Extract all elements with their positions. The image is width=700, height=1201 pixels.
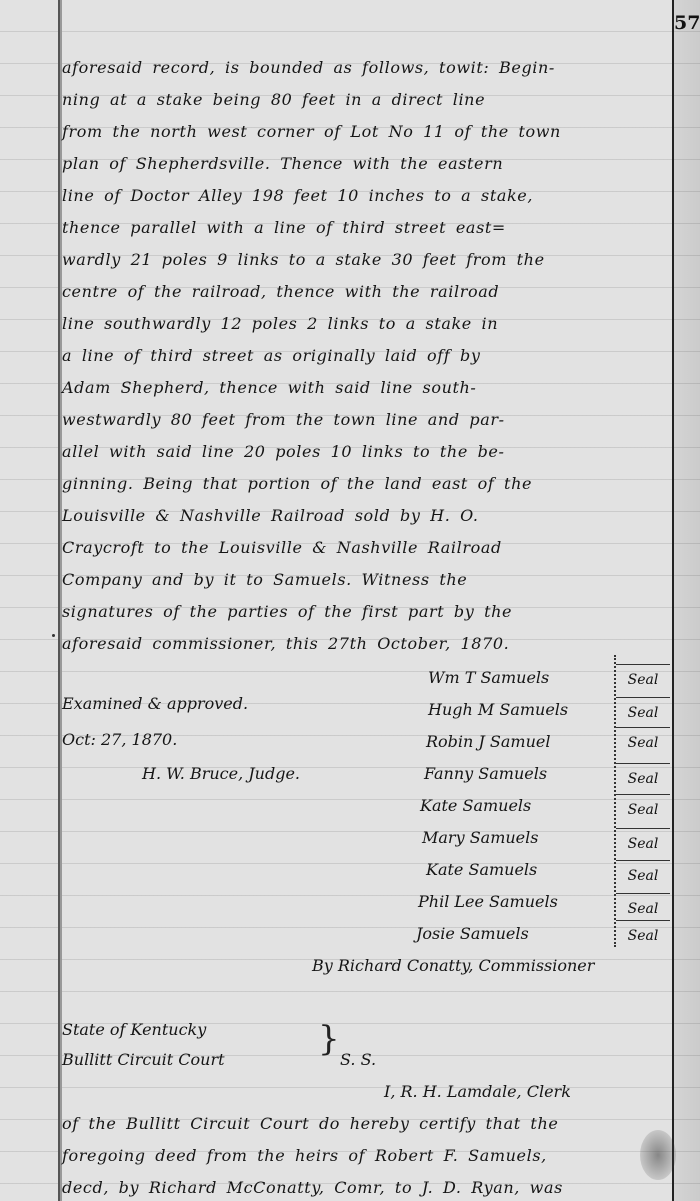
right-margin-rule (672, 0, 674, 1201)
deed-line: line southwardly 12 poles 2 links to a s… (62, 314, 670, 333)
signatory-name: Josie Samuels (416, 924, 529, 943)
deed-line: Louisville & Nashville Railroad sold by … (62, 506, 670, 525)
commissioner-signature: By Richard Conatty, Commissioner (312, 956, 594, 975)
certificate-line: of the Bullitt Circuit Court do hereby c… (62, 1114, 670, 1133)
deed-line: allel with said line 20 poles 10 links t… (62, 442, 670, 461)
signatory-name: Mary Samuels (422, 828, 538, 847)
certificate-state: State of Kentucky (62, 1020, 206, 1039)
deed-line: aforesaid record, is bounded as follows,… (62, 58, 670, 77)
ledger-page: 57 aforesaid record, is bounded as follo… (0, 0, 700, 1201)
seal-box: Seal (616, 697, 670, 728)
certificate-ss: S. S. (340, 1050, 376, 1069)
deed-line: aforesaid commissioner, this 27th Octobe… (62, 634, 670, 653)
deed-line: from the north west corner of Lot No 11 … (62, 122, 670, 141)
deed-line: line of Doctor Alley 198 feet 10 inches … (62, 186, 670, 205)
certificate-court: Bullitt Circuit Court (62, 1050, 225, 1069)
deed-line: plan of Shepherdsville. Thence with the … (62, 154, 670, 173)
signatory-name: Fanny Samuels (424, 764, 547, 783)
ink-dot (52, 634, 55, 637)
deed-line: ginning. Being that portion of the land … (62, 474, 670, 493)
ink-stain (640, 1130, 676, 1180)
left-margin-rule (58, 0, 60, 1201)
seal-box: Seal (616, 763, 670, 794)
deed-line: signatures of the parties of the first p… (62, 602, 670, 621)
certificate-clerk-line: I, R. H. Lamdale, Clerk (384, 1082, 571, 1101)
page-number: 57 (674, 12, 700, 34)
deed-line: westwardly 80 feet from the town line an… (62, 410, 670, 429)
seal-box: Seal (616, 860, 670, 891)
brace-icon: } (318, 1022, 340, 1056)
signatory-name: Hugh M Samuels (428, 700, 568, 719)
deed-line: a line of third street as originally lai… (62, 346, 670, 365)
examined-approved: Examined & approved. (62, 694, 248, 713)
deed-line: Craycroft to the Louisville & Nashville … (62, 538, 670, 557)
signatory-name: Kate Samuels (426, 860, 537, 879)
deed-line: centre of the railroad, thence with the … (62, 282, 670, 301)
deed-line: ning at a stake being 80 feet in a direc… (62, 90, 670, 109)
signatory-name: Kate Samuels (420, 796, 531, 815)
deed-line: wardly 21 poles 9 links to a stake 30 fe… (62, 250, 670, 269)
signatory-name: Wm T Samuels (428, 668, 549, 687)
signatory-name: Phil Lee Samuels (418, 892, 558, 911)
seal-box: Seal (616, 828, 670, 859)
certificate-line: decd, by Richard McConatty, Comr, to J. … (62, 1178, 670, 1197)
seal-box: Seal (616, 920, 670, 951)
deed-line: Adam Shepherd, thence with said line sou… (62, 378, 670, 397)
seal-box: Seal (616, 727, 670, 758)
deed-line: thence parallel with a line of third str… (62, 218, 670, 237)
seal-box: Seal (616, 794, 670, 825)
deed-line: Company and by it to Samuels. Witness th… (62, 570, 670, 589)
certificate-line: foregoing deed from the heirs of Robert … (62, 1146, 670, 1165)
seal-box: Seal (616, 664, 670, 695)
judge-signature: H. W. Bruce, Judge. (142, 764, 300, 783)
approval-date: Oct: 27, 1870. (62, 730, 177, 749)
signatory-name: Robin J Samuel (426, 732, 551, 751)
